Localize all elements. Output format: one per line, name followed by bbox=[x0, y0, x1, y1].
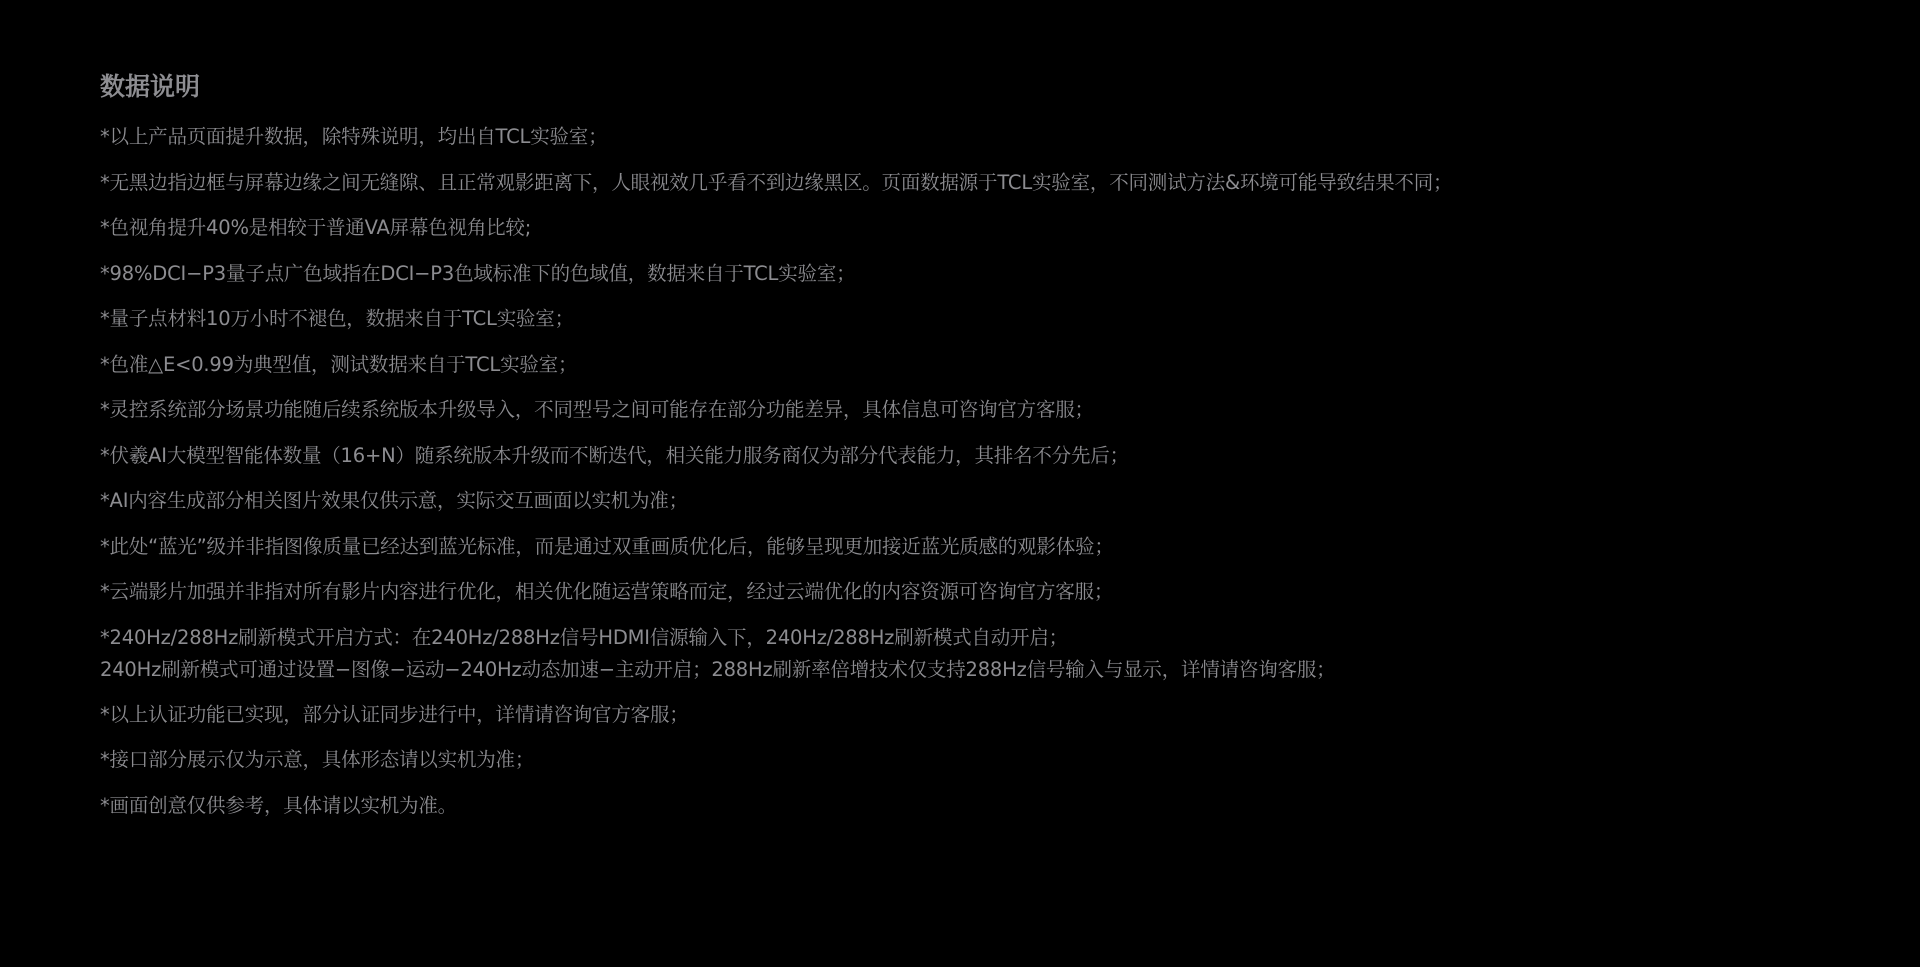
note-text: *色准△E<0.99为典型值，测试数据来自于TCL实验室； bbox=[100, 352, 1880, 378]
note-text: *此处“蓝光”级并非指图像质量已经达到蓝光标准，而是通过双重画质优化后，能够呈现… bbox=[100, 534, 1880, 560]
note-text: *无黑边指边框与屏幕边缘之间无缝隙、且正常观影距离下，人眼视效几乎看不到边缘黑区… bbox=[100, 170, 1880, 196]
disclaimer-note-bluray-level: *此处“蓝光”级并非指图像质量已经达到蓝光标准，而是通过双重画质优化后，能够呈现… bbox=[100, 534, 1880, 560]
note-text: *灵控系统部分场景功能随后续系统版本升级导入，不同型号之间可能存在部分功能差异，… bbox=[100, 397, 1880, 423]
disclaimer-note-quantum-dot-lifetime: *量子点材料10万小时不褪色，数据来自于TCL实验室； bbox=[100, 306, 1880, 332]
disclaimer-note-color-accuracy: *色准△E<0.99为典型值，测试数据来自于TCL实验室； bbox=[100, 352, 1880, 378]
note-text: *以上产品页面提升数据，除特殊说明，均出自TCL实验室； bbox=[100, 124, 1880, 150]
note-text: *AI内容生成部分相关图片效果仅供示意，实际交互画面以实机为准； bbox=[100, 488, 1880, 514]
note-text: *云端影片加强并非指对所有影片内容进行优化，相关优化随运营策略而定，经过云端优化… bbox=[100, 579, 1880, 605]
disclaimer-note-refresh-rate: *240Hz/288Hz刷新模式开启方式：在240Hz/288Hz信号HDMI信… bbox=[100, 622, 1880, 686]
note-text: *伏羲AI大模型智能体数量（16+N）随系统版本升级而不断迭代，相关能力服务商仅… bbox=[100, 443, 1880, 469]
disclaimer-note-lingkong-system: *灵控系统部分场景功能随后续系统版本升级导入，不同型号之间可能存在部分功能差异，… bbox=[100, 397, 1880, 423]
disclaimer-note-image-reference: *画面创意仅供参考，具体请以实机为准。 bbox=[100, 793, 1880, 819]
disclaimer-note-no-black-border: *无黑边指边框与屏幕边缘之间无缝隙、且正常观影距离下，人眼视效几乎看不到边缘黑区… bbox=[100, 170, 1880, 196]
disclaimer-note-dci-p3: *98%DCI−P3量子点广色域指在DCI−P3色域标准下的色域值，数据来自于T… bbox=[100, 261, 1880, 287]
note-text: *接口部分展示仅为示意，具体形态请以实机为准； bbox=[100, 747, 1880, 773]
disclaimer-list: *以上产品页面提升数据，除特殊说明，均出自TCL实验室； *无黑边指边框与屏幕边… bbox=[100, 124, 1880, 819]
disclaimer-note-lab-data: *以上产品页面提升数据，除特殊说明，均出自TCL实验室； bbox=[100, 124, 1880, 150]
disclaimer-note-viewing-angle: *色视角提升40%是相较于普通VA屏幕色视角比较; bbox=[100, 215, 1880, 241]
note-text: *240Hz/288Hz刷新模式开启方式：在240Hz/288Hz信号HDMI信… bbox=[100, 622, 1880, 654]
section-title: 数据说明 bbox=[100, 72, 1880, 102]
disclaimer-note-cloud-film: *云端影片加强并非指对所有影片内容进行优化，相关优化随运营策略而定，经过云端优化… bbox=[100, 579, 1880, 605]
note-text: *量子点材料10万小时不褪色，数据来自于TCL实验室； bbox=[100, 306, 1880, 332]
note-text: *98%DCI−P3量子点广色域指在DCI−P3色域标准下的色域值，数据来自于T… bbox=[100, 261, 1880, 287]
data-disclaimer-section: 数据说明 *以上产品页面提升数据，除特殊说明，均出自TCL实验室； *无黑边指边… bbox=[100, 72, 1880, 838]
note-text: *画面创意仅供参考，具体请以实机为准。 bbox=[100, 793, 1880, 819]
disclaimer-note-certification: *以上认证功能已实现，部分认证同步进行中，详情请咨询官方客服； bbox=[100, 702, 1880, 728]
note-text: *以上认证功能已实现，部分认证同步进行中，详情请咨询官方客服； bbox=[100, 702, 1880, 728]
disclaimer-note-ai-content: *AI内容生成部分相关图片效果仅供示意，实际交互画面以实机为准； bbox=[100, 488, 1880, 514]
note-text-continued: 240Hz刷新模式可通过设置−图像−运动−240Hz动态加速−主动开启；288H… bbox=[100, 654, 1880, 686]
disclaimer-note-ports: *接口部分展示仅为示意，具体形态请以实机为准； bbox=[100, 747, 1880, 773]
disclaimer-note-fuxi-ai: *伏羲AI大模型智能体数量（16+N）随系统版本升级而不断迭代，相关能力服务商仅… bbox=[100, 443, 1880, 469]
note-text: *色视角提升40%是相较于普通VA屏幕色视角比较; bbox=[100, 215, 1880, 241]
